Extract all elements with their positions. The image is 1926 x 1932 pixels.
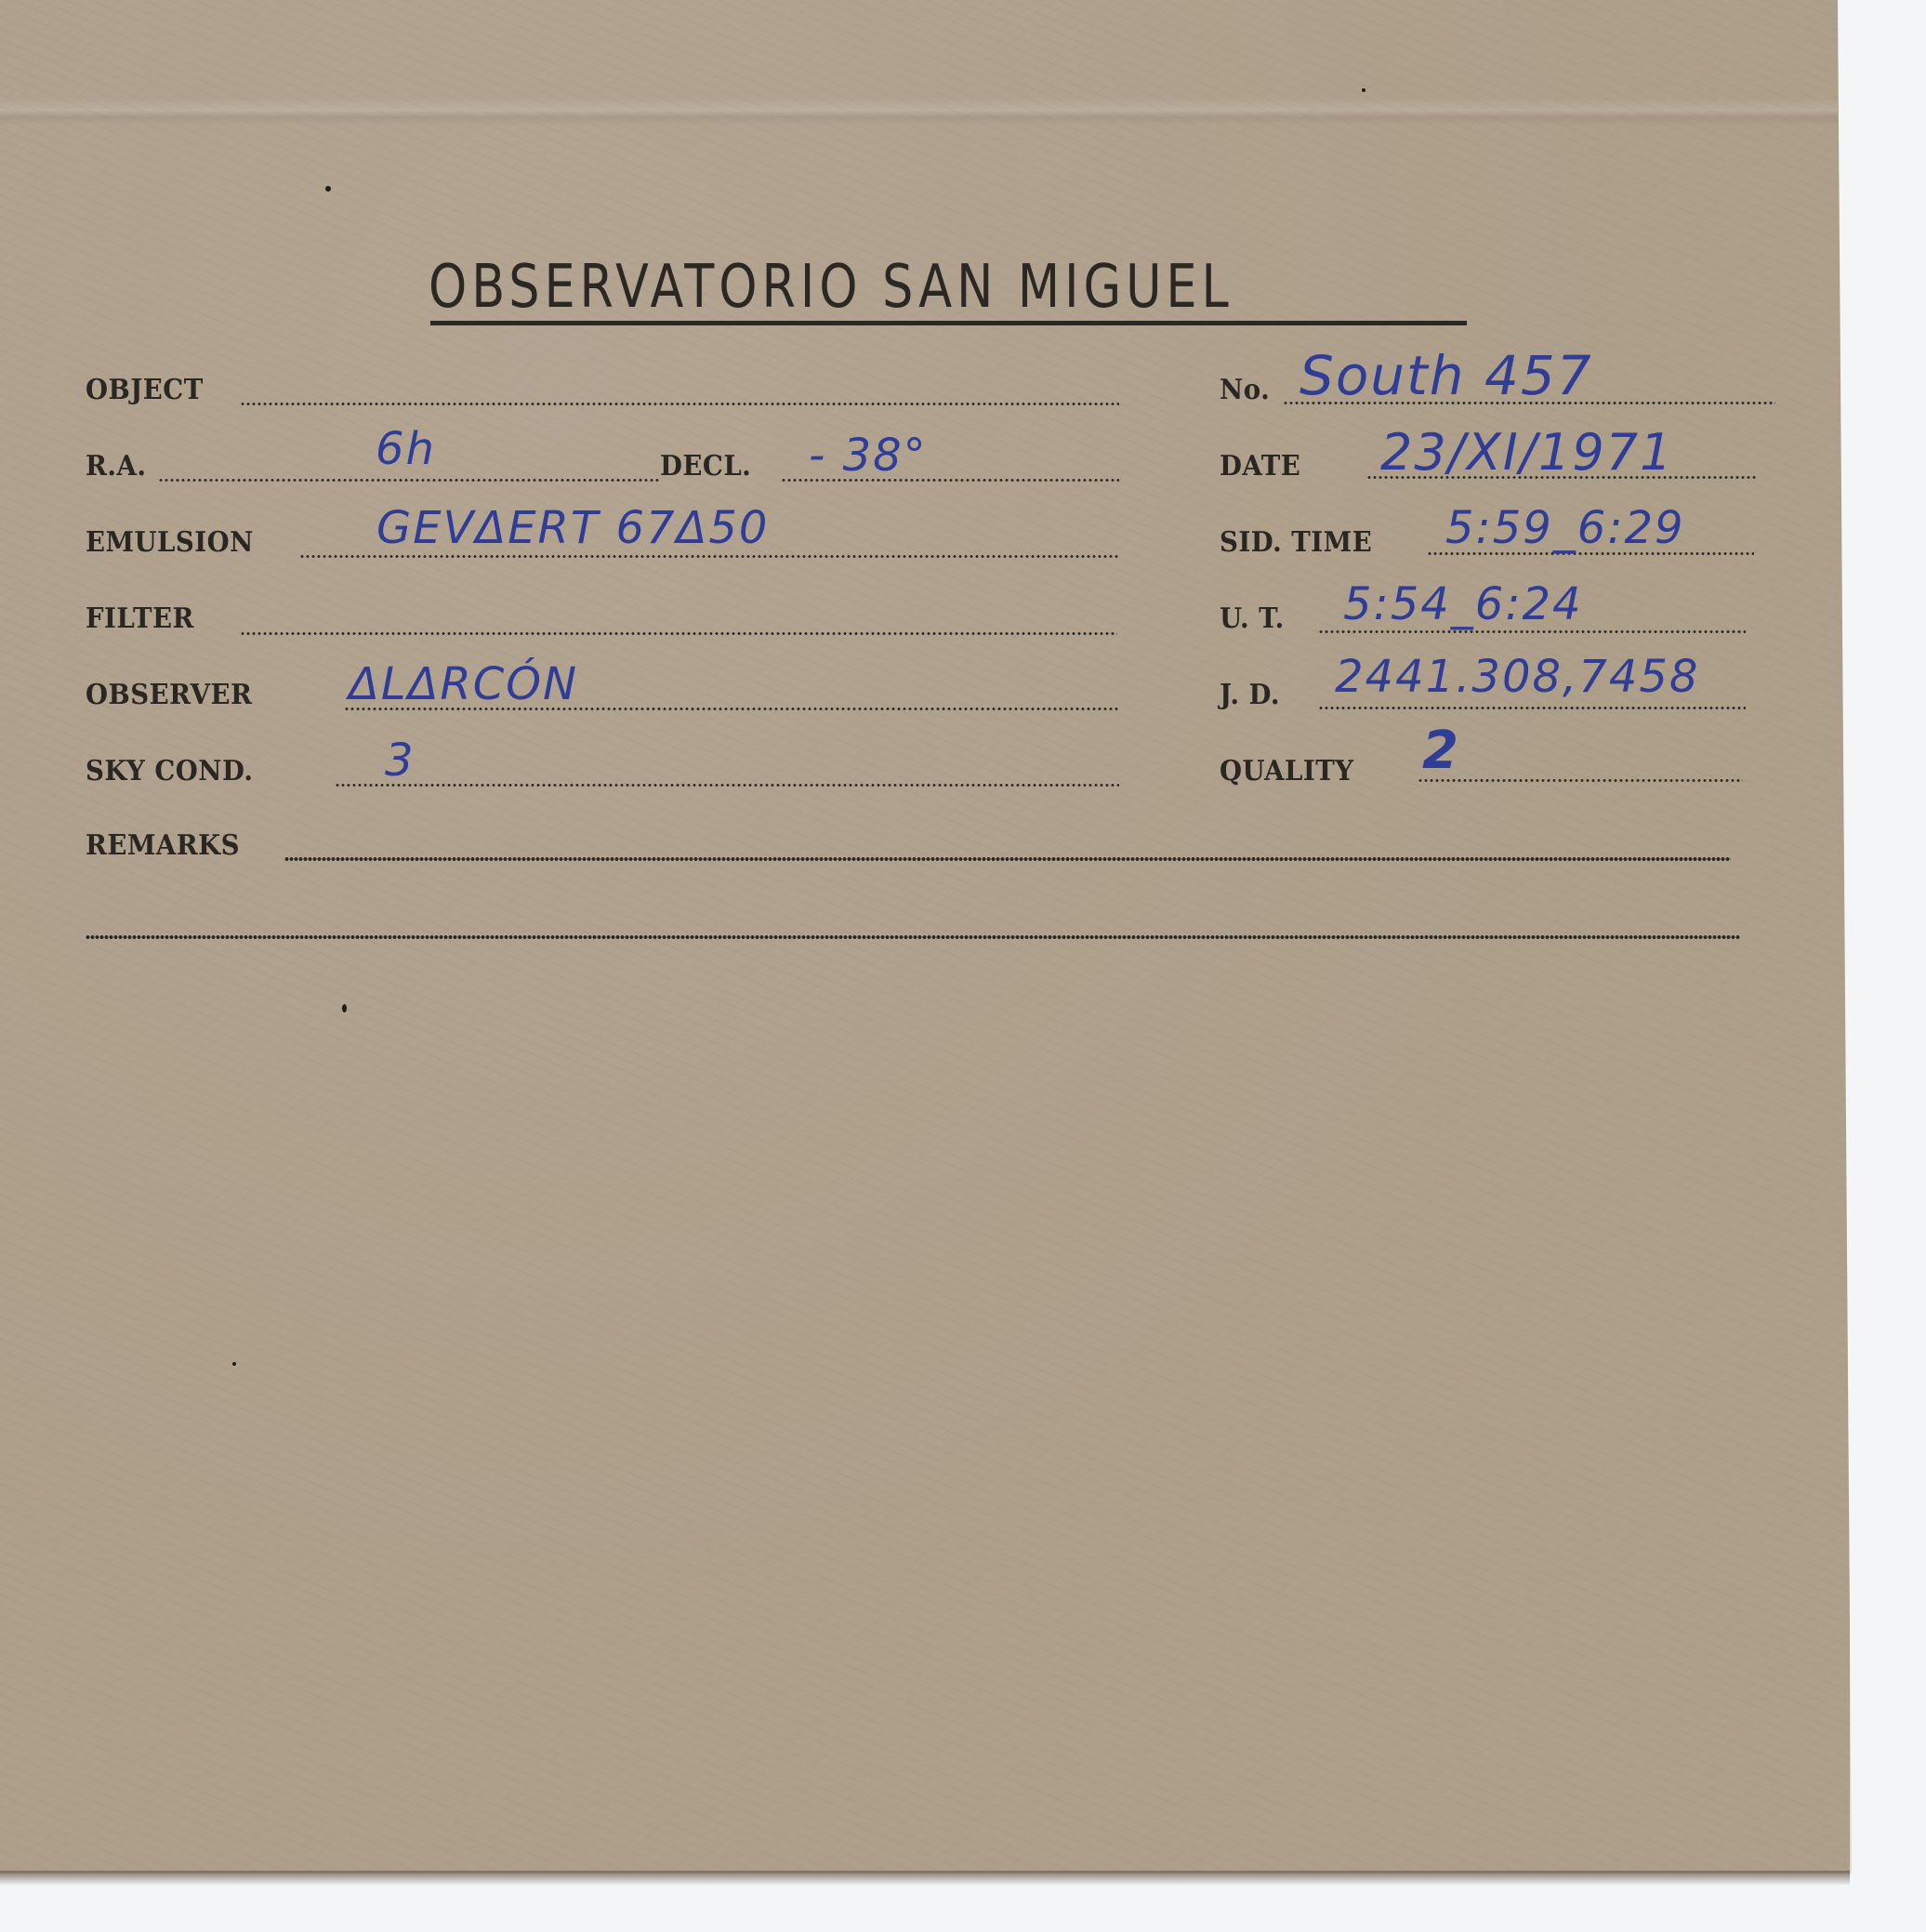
paper-speck: [232, 1362, 236, 1366]
fold-crease: [0, 98, 1838, 126]
ra-value: 6h: [376, 423, 436, 475]
remarks-label: REMARKS: [86, 829, 240, 862]
sidereal-time-label: SID. TIME: [1220, 526, 1372, 559]
paper-speck: [342, 1004, 347, 1012]
universal-time-field-line: [1318, 630, 1746, 633]
sky-condition-field-line: [335, 784, 1119, 787]
object-label: OBJECT: [86, 374, 204, 406]
emulsion-label: EMULSION: [86, 526, 254, 559]
quality-label: QUALITY: [1220, 755, 1353, 787]
observer-label: OBSERVER: [86, 679, 252, 711]
date-value: 23/XI/1971: [1380, 423, 1673, 482]
emulsion-value: GEVΔERT 67Δ50: [376, 502, 769, 554]
ra-field-line: [158, 479, 660, 482]
julian-date-value: 2441.308,7458: [1335, 651, 1699, 703]
quality-value: 2: [1422, 721, 1460, 781]
page-title: OBSERVATORIO SAN MIGUEL: [429, 253, 1282, 322]
observer-value: ΔLΔRCÓN: [349, 658, 578, 710]
ra-label: R.A.: [86, 450, 146, 483]
paper-speck: [1362, 88, 1365, 92]
universal-time-label: U. T.: [1220, 602, 1285, 635]
quality-field-line: [1418, 779, 1743, 782]
sky-condition-label: SKY COND.: [86, 755, 253, 787]
paper-speck: [325, 186, 331, 192]
filter-field-line: [240, 632, 1117, 635]
number-value: South 457: [1299, 344, 1593, 407]
date-label: DATE: [1220, 450, 1300, 483]
universal-time-value: 5:54_6:24: [1343, 578, 1583, 630]
sidereal-time-value: 5:59_6:29: [1445, 502, 1685, 554]
julian-date-field-line: [1318, 707, 1746, 709]
decl-label: DECL.: [660, 450, 751, 483]
filter-label: FILTER: [86, 602, 194, 635]
julian-date-label: J. D.: [1220, 679, 1280, 711]
remarks-field-line-2: [86, 935, 1740, 939]
object-field-line: [240, 403, 1119, 405]
sky-condition-value: 3: [385, 734, 416, 787]
paper-shadow: [0, 1871, 1850, 1886]
emulsion-field-line: [299, 555, 1119, 558]
number-label: No.: [1220, 374, 1270, 406]
remarks-field-line-1: [284, 857, 1731, 861]
title-underline: [430, 321, 1467, 325]
decl-value: - 38°: [809, 430, 928, 482]
